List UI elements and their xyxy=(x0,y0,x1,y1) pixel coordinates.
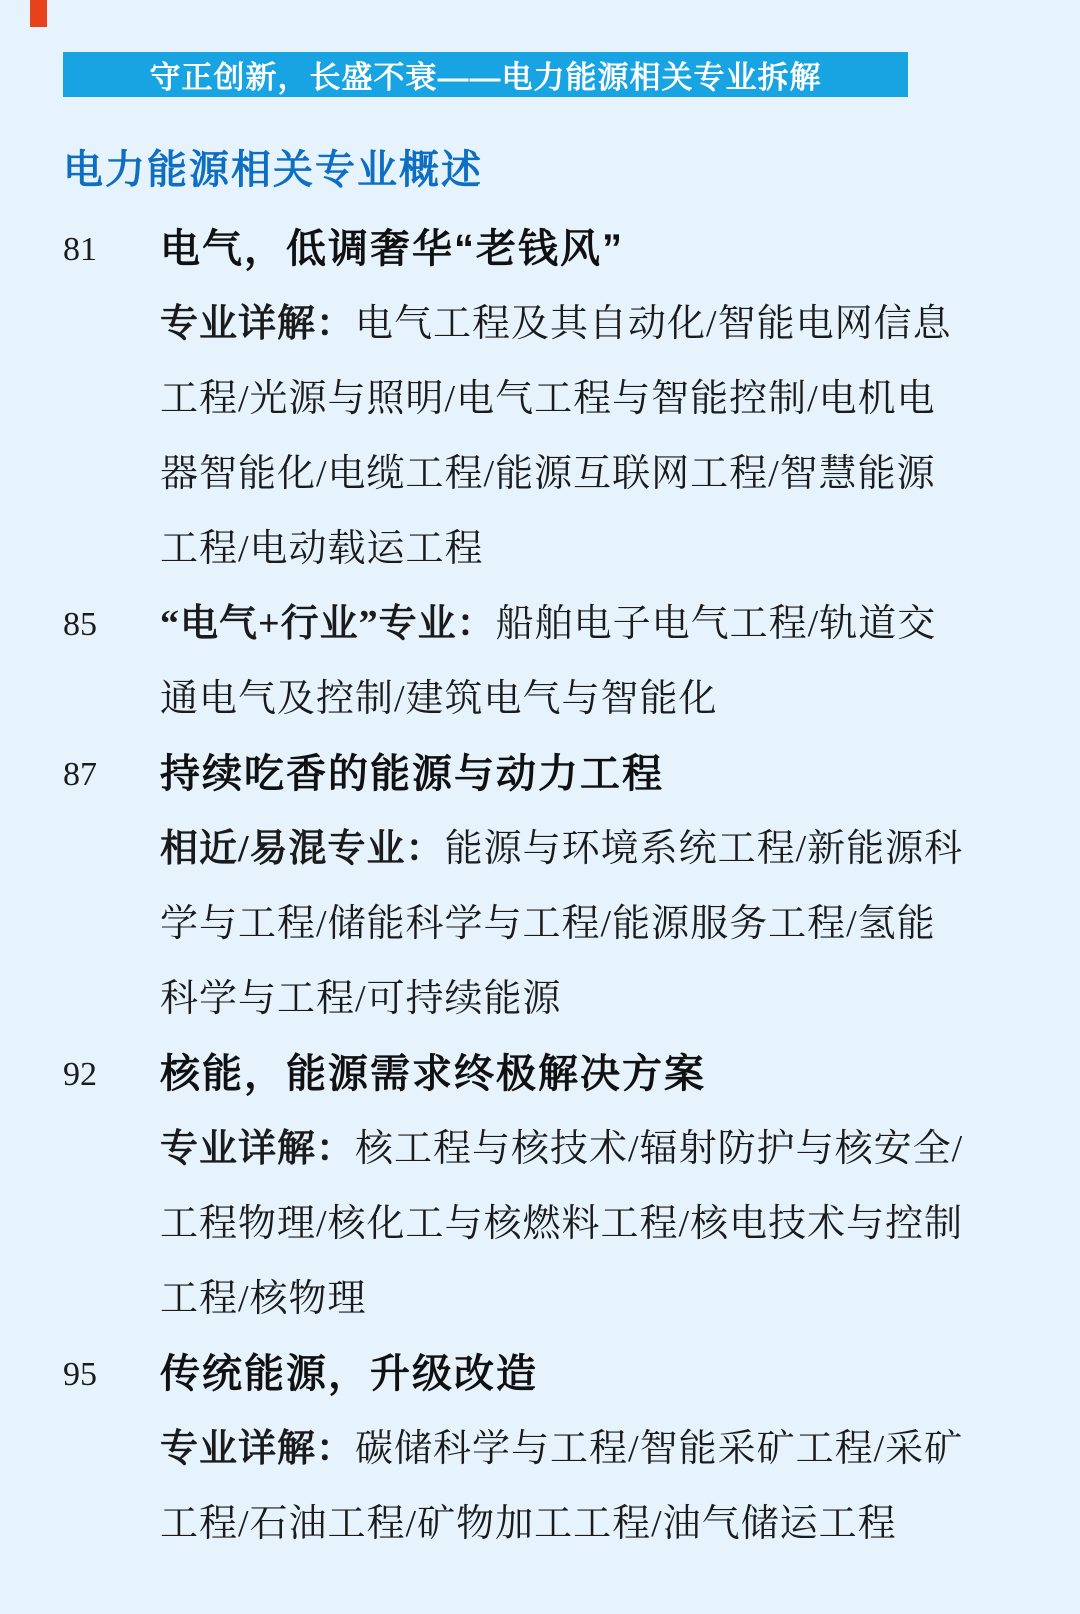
detail-label: 专业详解： xyxy=(160,1128,355,1170)
toc-page-number: 87 xyxy=(63,737,160,1037)
toc-item-85: 85 “电气+行业”专业：船舶电子电气工程/轨道交 通电气及控制/建筑电气与智能… xyxy=(0,587,1080,737)
toc-item-title: 核能，能源需求终极解决方案 xyxy=(160,1037,980,1112)
detail-text: 器智能化/电缆工程/能源互联网工程/智慧能源 xyxy=(160,453,936,495)
detail-text: 碳储科学与工程/智能采矿工程/采矿 xyxy=(355,1428,963,1470)
detail-text: 通电气及控制/建筑电气与智能化 xyxy=(160,678,718,720)
detail-text: 工程/石油工程/矿物加工工程/油气储运工程 xyxy=(160,1503,897,1545)
toc-page-number: 92 xyxy=(63,1037,160,1337)
toc-detail-line: 工程/石油工程/矿物加工工程/油气储运工程 xyxy=(160,1487,980,1562)
detail-text: 能源与环境系统工程/新能源科 xyxy=(445,828,964,870)
section-heading: 电力能源相关专业概述 xyxy=(63,138,483,195)
chapter-banner-title: 守正创新，长盛不衰——电力能源相关专业拆解 xyxy=(150,52,822,97)
toc-item-title: 持续吃香的能源与动力工程 xyxy=(160,737,980,812)
toc-item-title: 电气，低调奢华“老钱风” xyxy=(160,212,980,287)
toc-item-92: 92 核能，能源需求终极解决方案 专业详解：核工程与核技术/辐射防护与核安全/ … xyxy=(0,1037,1080,1337)
detail-text: 船舶电子电气工程/轨道交 xyxy=(496,603,937,645)
page-corner-red-mark xyxy=(30,0,47,27)
detail-text: 电气工程及其自动化/智能电网信息 xyxy=(355,303,952,345)
toc-detail-line: 器智能化/电缆工程/能源互联网工程/智慧能源 xyxy=(160,437,980,512)
toc-item-87: 87 持续吃香的能源与动力工程 相近/易混专业：能源与环境系统工程/新能源科 学… xyxy=(0,737,1080,1037)
toc-detail-line: “电气+行业”专业：船舶电子电气工程/轨道交 xyxy=(160,587,980,662)
toc-detail-line: 科学与工程/可持续能源 xyxy=(160,962,980,1037)
toc-detail-line: 工程/电动载运工程 xyxy=(160,512,980,587)
detail-label: 专业详解： xyxy=(160,1428,355,1470)
chapter-banner: 守正创新，长盛不衰——电力能源相关专业拆解 xyxy=(63,52,908,97)
detail-text: 科学与工程/可持续能源 xyxy=(160,978,562,1020)
detail-label: 专业详解： xyxy=(160,303,355,345)
toc-page-number: 81 xyxy=(63,212,160,587)
toc-detail-line: 工程物理/核化工与核燃料工程/核电技术与控制 xyxy=(160,1187,980,1262)
detail-text: 学与工程/储能科学与工程/能源服务工程/氢能 xyxy=(160,903,936,945)
detail-label: “电气+行业”专业： xyxy=(160,603,496,645)
detail-label: 相近/易混专业： xyxy=(160,828,445,870)
toc-item-title: 传统能源，升级改造 xyxy=(160,1337,980,1412)
detail-text: 核工程与核技术/辐射防护与核安全/ xyxy=(355,1128,963,1170)
toc-detail-line: 专业详解：电气工程及其自动化/智能电网信息 xyxy=(160,287,980,362)
toc-detail-line: 工程/核物理 xyxy=(160,1262,980,1337)
detail-text: 工程/核物理 xyxy=(160,1278,367,1320)
toc-page-number: 95 xyxy=(63,1337,160,1562)
toc-detail-line: 工程/光源与照明/电气工程与智能控制/电机电 xyxy=(160,362,980,437)
toc-detail-line: 相近/易混专业：能源与环境系统工程/新能源科 xyxy=(160,812,980,887)
toc-detail-line: 学与工程/储能科学与工程/能源服务工程/氢能 xyxy=(160,887,980,962)
toc-item-95: 95 传统能源，升级改造 专业详解：碳储科学与工程/智能采矿工程/采矿 工程/石… xyxy=(0,1337,1080,1562)
toc-detail-line: 专业详解：碳储科学与工程/智能采矿工程/采矿 xyxy=(160,1412,980,1487)
detail-text: 工程物理/核化工与核燃料工程/核电技术与控制 xyxy=(160,1203,963,1245)
toc-item-81: 81 电气，低调奢华“老钱风” 专业详解：电气工程及其自动化/智能电网信息 工程… xyxy=(0,212,1080,587)
toc-page-number: 85 xyxy=(63,587,160,737)
toc-list: 81 电气，低调奢华“老钱风” 专业详解：电气工程及其自动化/智能电网信息 工程… xyxy=(0,212,1080,1562)
detail-text: 工程/光源与照明/电气工程与智能控制/电机电 xyxy=(160,378,936,420)
detail-text: 工程/电动载运工程 xyxy=(160,528,484,570)
toc-detail-line: 通电气及控制/建筑电气与智能化 xyxy=(160,662,980,737)
toc-detail-line: 专业详解：核工程与核技术/辐射防护与核安全/ xyxy=(160,1112,980,1187)
